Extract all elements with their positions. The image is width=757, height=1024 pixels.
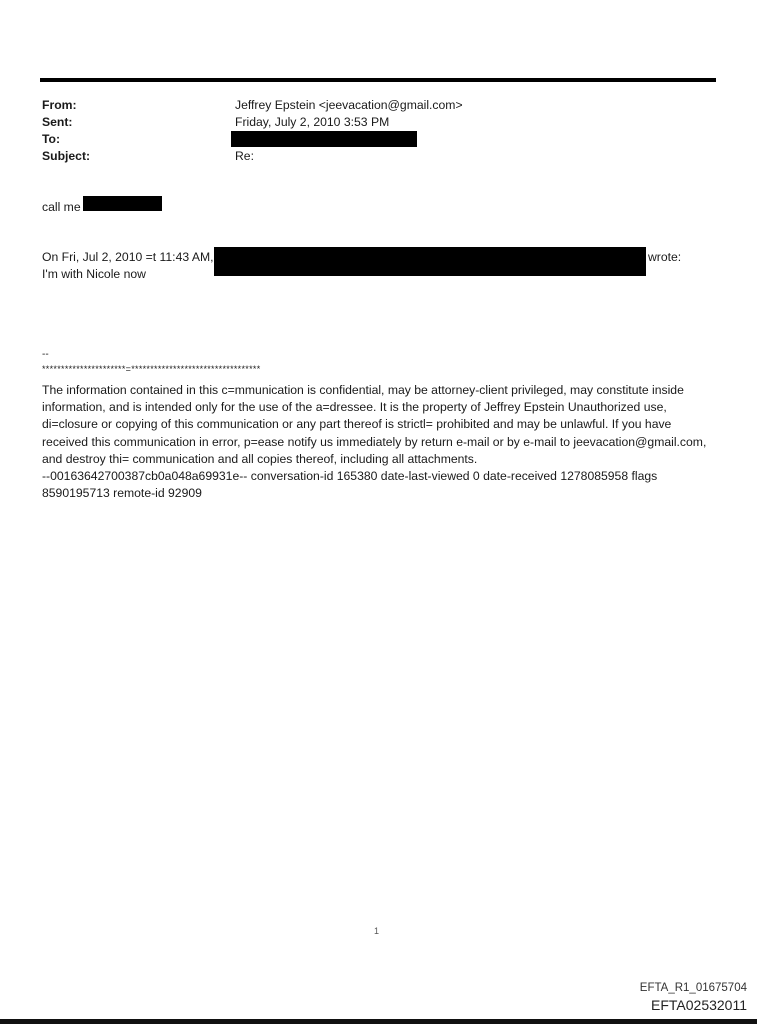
from-label: From: <box>42 98 77 112</box>
bates-number: EFTA02532011 <box>651 997 747 1013</box>
disclaimer: The information contained in this c=mmun… <box>42 382 712 468</box>
top-rule <box>40 78 716 82</box>
redaction-to <box>231 131 417 147</box>
sent-label: Sent: <box>42 115 72 129</box>
bottom-rule <box>0 1019 757 1024</box>
quote-wrote: wrote: <box>648 250 681 264</box>
bates-r1: EFTA_R1_01675704 <box>640 982 747 994</box>
message-metadata: --00163642700387cb0a048a69931e-- convers… <box>42 468 712 502</box>
signature-dashes: -- <box>42 349 49 360</box>
quote-intro: On Fri, Jul 2, 2010 =t 11:43 AM, <box>42 250 214 264</box>
subject-label: Subject: <box>42 149 90 163</box>
to-label: To: <box>42 132 60 146</box>
signature-stars: **********************=*****************… <box>42 364 261 374</box>
redaction-sender <box>214 247 646 276</box>
page-number: 1 <box>374 926 379 936</box>
from-value: Jeffrey Epstein <jeevacation@gmail.com> <box>235 98 463 112</box>
sent-value: Friday, July 2, 2010 3:53 PM <box>235 115 389 129</box>
quote-text: I'm with Nicole now <box>42 267 146 281</box>
redaction-phone <box>83 196 162 211</box>
subject-value: Re: <box>235 149 254 163</box>
body-call-me: call me <box>42 200 81 214</box>
